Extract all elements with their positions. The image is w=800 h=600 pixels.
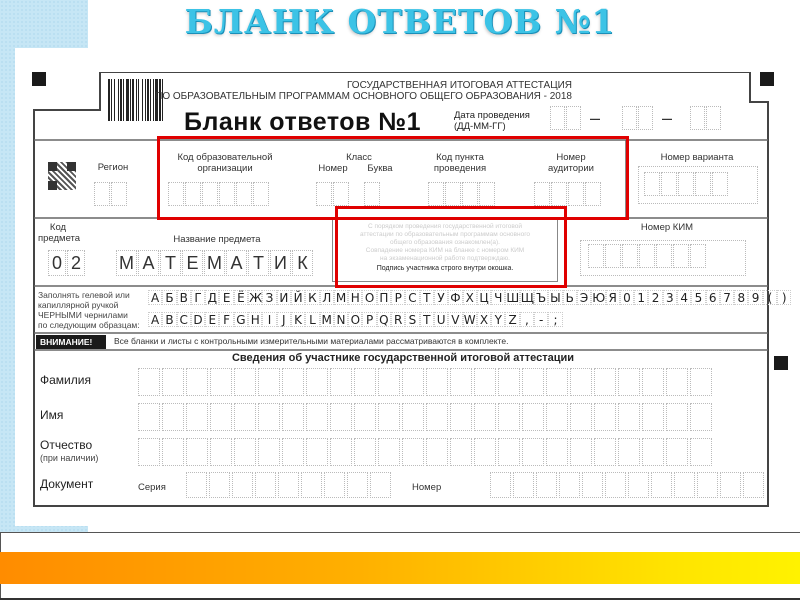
sample-char: C — [177, 312, 191, 327]
sample-char: W — [463, 312, 477, 327]
sample-char: E — [205, 312, 219, 327]
patronymic-box[interactable] — [258, 438, 280, 466]
name-box[interactable] — [642, 403, 664, 431]
room-box[interactable] — [585, 182, 601, 206]
sample-char: I — [262, 312, 276, 327]
surname-box[interactable] — [426, 368, 448, 396]
sample-char: С — [405, 290, 419, 305]
variant-box[interactable] — [678, 172, 694, 196]
org-code-box[interactable] — [185, 182, 201, 206]
date-separator: – — [662, 108, 672, 129]
sample-char: , — [520, 312, 534, 327]
series-box[interactable] — [347, 472, 368, 498]
sample-char: M — [320, 312, 334, 327]
region-box[interactable] — [111, 182, 127, 206]
date-digit-box[interactable] — [706, 106, 721, 130]
document-label: Документ — [40, 477, 93, 491]
sample-char: К — [305, 290, 319, 305]
patronymic-box[interactable] — [186, 438, 208, 466]
participant-section-title: Сведения об участнике государственной ит… — [32, 352, 774, 364]
sample-char: А — [148, 290, 162, 305]
kim-label: Номер КИМ — [612, 222, 722, 233]
patronymic-box[interactable] — [690, 438, 712, 466]
instruction-line: Заполнять гелевой или — [38, 290, 148, 300]
sample-char: 6 — [706, 290, 720, 305]
class-number-box[interactable] — [333, 182, 349, 206]
kim-box[interactable] — [673, 244, 689, 268]
sample-char: Ц — [477, 290, 491, 305]
name-box[interactable] — [354, 403, 376, 431]
surname-box[interactable] — [354, 368, 376, 396]
name-box[interactable] — [666, 403, 688, 431]
name-box[interactable] — [282, 403, 304, 431]
form-header-line2: ПО ОБРАЗОВАТЕЛЬНЫМ ПРОГРАММАМ ОСНОВНОГО … — [152, 91, 572, 102]
sample-latin-characters: ABCDEFGHIJKLMNOPQRSTUVWXYZ,-; — [148, 312, 563, 327]
surname-box[interactable] — [138, 368, 160, 396]
sample-char: 8 — [734, 290, 748, 305]
kim-box[interactable] — [639, 244, 655, 268]
sample-char: Ё — [234, 290, 248, 305]
sample-char: R — [391, 312, 405, 327]
series-box[interactable] — [232, 472, 253, 498]
sample-char: Ы — [548, 290, 562, 305]
sample-char: Й — [291, 290, 305, 305]
sample-char: Х — [463, 290, 477, 305]
fill-instructions: Заполнять гелевой иликапиллярной ручкойЧ… — [38, 290, 148, 330]
date-digit-box[interactable] — [550, 106, 565, 130]
surname-box[interactable] — [522, 368, 544, 396]
sample-char: Б — [162, 290, 176, 305]
sample-char: Ж — [248, 290, 262, 305]
name-box[interactable] — [426, 403, 448, 431]
sample-char: 1 — [634, 290, 648, 305]
sample-char: И — [277, 290, 291, 305]
patronymic-box[interactable] — [594, 438, 616, 466]
sample-char: A — [148, 312, 162, 327]
patronymic-box[interactable] — [474, 438, 496, 466]
patronymic-box[interactable] — [330, 438, 352, 466]
variant-label: Номер варианта — [642, 152, 752, 163]
region-box[interactable] — [94, 182, 110, 206]
patronymic-box[interactable] — [450, 438, 472, 466]
instruction-line: ЧЕРНЫМИ чернилами — [38, 310, 148, 320]
series-box[interactable] — [324, 472, 345, 498]
name-box[interactable] — [522, 403, 544, 431]
attention-badge: ВНИМАНИЕ! — [36, 335, 106, 349]
instruction-line: капиллярной ручкой — [38, 300, 148, 310]
doc-number-box[interactable] — [536, 472, 557, 498]
qr-code — [48, 162, 76, 190]
sample-char: Л — [320, 290, 334, 305]
sample-char: Ш — [505, 290, 519, 305]
sample-char: Н — [348, 290, 362, 305]
patronymic-box[interactable] — [306, 438, 328, 466]
name-box[interactable] — [474, 403, 496, 431]
sample-char: 9 — [748, 290, 762, 305]
sample-char: Z — [505, 312, 519, 327]
name-box[interactable] — [210, 403, 232, 431]
surname-box[interactable] — [378, 368, 400, 396]
doc-number-box[interactable] — [513, 472, 534, 498]
patronymic-box[interactable] — [282, 438, 304, 466]
surname-box[interactable] — [570, 368, 592, 396]
patronymic-box[interactable] — [426, 438, 448, 466]
subject-code-cell[interactable]: 2 — [67, 250, 85, 276]
sample-char: U — [434, 312, 448, 327]
slide: БЛАНК ОТВЕТОВ №1 ГОСУДАРСТВЕННАЯ ИТОГОВА… — [0, 0, 800, 600]
series-box[interactable] — [301, 472, 322, 498]
surname-box[interactable] — [258, 368, 280, 396]
exam-point-box[interactable] — [462, 182, 478, 206]
room-box[interactable] — [551, 182, 567, 206]
name-box[interactable] — [570, 403, 592, 431]
sample-char: H — [248, 312, 262, 327]
name-box[interactable] — [162, 403, 184, 431]
patronymic-box[interactable] — [522, 438, 544, 466]
patronymic-box[interactable] — [642, 438, 664, 466]
doc-number-box[interactable] — [559, 472, 580, 498]
region-label: Регион — [88, 162, 138, 173]
sample-char: - — [534, 312, 548, 327]
surname-box[interactable] — [210, 368, 232, 396]
date-digit-box[interactable] — [622, 106, 637, 130]
sample-char: X — [477, 312, 491, 327]
series-box[interactable] — [186, 472, 207, 498]
series-box[interactable] — [209, 472, 230, 498]
sample-char: Ь — [563, 290, 577, 305]
sample-char: 5 — [691, 290, 705, 305]
sample-char: В — [177, 290, 191, 305]
name-box[interactable] — [546, 403, 568, 431]
subject-name-cell[interactable]: А — [226, 250, 247, 276]
surname-box[interactable] — [594, 368, 616, 396]
sample-char: Ф — [448, 290, 462, 305]
date-label-line1: Дата проведения — [454, 110, 530, 121]
subject-name-cell[interactable]: А — [138, 250, 159, 276]
surname-box[interactable] — [450, 368, 472, 396]
sample-char: Я — [606, 290, 620, 305]
sample-char: М — [334, 290, 348, 305]
name-box[interactable] — [138, 403, 160, 431]
sample-char: Ъ — [534, 290, 548, 305]
subject-name-cell[interactable]: М — [204, 250, 225, 276]
series-box[interactable] — [255, 472, 276, 498]
sample-char: L — [305, 312, 319, 327]
doc-number-box[interactable] — [697, 472, 718, 498]
name-box[interactable] — [186, 403, 208, 431]
name-box[interactable] — [498, 403, 520, 431]
surname-box[interactable] — [666, 368, 688, 396]
date-digit-box[interactable] — [638, 106, 653, 130]
name-box[interactable] — [234, 403, 256, 431]
form-title: Бланк ответов №1 — [184, 108, 421, 137]
sample-char: Г — [191, 290, 205, 305]
class-number-box[interactable] — [316, 182, 332, 206]
doc-number-box[interactable] — [674, 472, 695, 498]
name-label: Имя — [40, 408, 63, 422]
name-box[interactable] — [618, 403, 640, 431]
variant-box[interactable] — [695, 172, 711, 196]
doc-number-box[interactable] — [743, 472, 764, 498]
name-box[interactable] — [594, 403, 616, 431]
patronymic-box[interactable] — [210, 438, 232, 466]
sample-char: F — [219, 312, 233, 327]
doc-number-box[interactable] — [605, 472, 626, 498]
org-code-box[interactable] — [253, 182, 269, 206]
subject-code-cell[interactable]: 0 — [48, 250, 66, 276]
surname-box[interactable] — [690, 368, 712, 396]
surname-box[interactable] — [618, 368, 640, 396]
sample-char: N — [334, 312, 348, 327]
doc-number-box[interactable] — [582, 472, 603, 498]
subject-name-cell[interactable]: Т — [160, 250, 181, 276]
subject-name-cell[interactable]: Т — [248, 250, 269, 276]
patronymic-box[interactable] — [546, 438, 568, 466]
instruction-line: по следующим образцам: — [38, 320, 148, 330]
patronymic-box[interactable] — [402, 438, 424, 466]
surname-box[interactable] — [402, 368, 424, 396]
patronymic-box[interactable] — [138, 438, 160, 466]
sample-char: Э — [577, 290, 591, 305]
org-code-box[interactable] — [236, 182, 252, 206]
name-box[interactable] — [330, 403, 352, 431]
patronymic-box[interactable] — [618, 438, 640, 466]
attention-text: Все бланки и листы с контрольными измери… — [114, 336, 508, 346]
surname-box[interactable] — [306, 368, 328, 396]
name-box[interactable] — [306, 403, 328, 431]
kim-box[interactable] — [588, 244, 604, 268]
sample-char: О — [362, 290, 376, 305]
surname-box[interactable] — [282, 368, 304, 396]
subject-code-label-line1: Код — [38, 222, 78, 233]
sample-char: Y — [491, 312, 505, 327]
date-digit-box[interactable] — [566, 106, 581, 130]
doc-number-box[interactable] — [490, 472, 511, 498]
subject-name-cell[interactable]: И — [270, 250, 291, 276]
patronymic-box[interactable] — [234, 438, 256, 466]
name-box[interactable] — [378, 403, 400, 431]
orange-gradient-bar — [0, 552, 800, 584]
surname-box[interactable] — [642, 368, 664, 396]
subject-name-label: Название предмета — [142, 234, 292, 245]
sample-char: 4 — [677, 290, 691, 305]
sample-char: Т — [420, 290, 434, 305]
patronymic-box[interactable] — [162, 438, 184, 466]
sample-cyrillic-characters: АБВГДЕЁЖЗИЙКЛМНОПРСТУФХЦЧШЩЪЫЬЭЮЯ0123456… — [148, 290, 791, 305]
sample-char: 3 — [663, 290, 677, 305]
sample-char: Щ — [520, 290, 534, 305]
sample-char: V — [448, 312, 462, 327]
sample-char: 2 — [648, 290, 662, 305]
sample-char: Ю — [591, 290, 605, 305]
sample-char: Р — [391, 290, 405, 305]
corner-marker-right — [774, 356, 788, 370]
subject-name-cell[interactable]: К — [292, 250, 313, 276]
sample-char: Е — [219, 290, 233, 305]
number-label: Номер — [412, 482, 452, 493]
kim-box[interactable] — [622, 244, 638, 268]
exam-point-box[interactable] — [479, 182, 495, 206]
form-header-line1: ГОСУДАРСТВЕННАЯ ИТОГОВАЯ АТТЕСТАЦИЯ — [192, 80, 572, 91]
patronymic-sub-label: (при наличии) — [40, 453, 98, 463]
name-box[interactable] — [258, 403, 280, 431]
sample-char: У — [434, 290, 448, 305]
surname-box[interactable] — [474, 368, 496, 396]
subject-code-label: Код предмета — [38, 222, 78, 244]
sample-char: Q — [377, 312, 391, 327]
doc-number-box[interactable] — [651, 472, 672, 498]
patronymic-box[interactable] — [498, 438, 520, 466]
variant-box[interactable] — [661, 172, 677, 196]
sample-char: З — [262, 290, 276, 305]
date-label: Дата проведения (ДД-ММ-ГГ) — [454, 110, 530, 132]
sample-char: Д — [205, 290, 219, 305]
name-box[interactable] — [450, 403, 472, 431]
surname-box[interactable] — [234, 368, 256, 396]
doc-number-box[interactable] — [628, 472, 649, 498]
sample-char: P — [362, 312, 376, 327]
surname-box[interactable] — [186, 368, 208, 396]
subject-name-cell[interactable]: М — [116, 250, 137, 276]
patronymic-box[interactable] — [378, 438, 400, 466]
sample-char: G — [234, 312, 248, 327]
surname-box[interactable] — [546, 368, 568, 396]
series-label: Серия — [138, 482, 178, 493]
sample-char: ; — [548, 312, 562, 327]
room-box[interactable] — [568, 182, 584, 206]
sample-char: ) — [777, 290, 791, 305]
highlight-box-signature — [335, 206, 567, 288]
slide-title: БЛАНК ОТВЕТОВ №1 — [0, 2, 800, 41]
date-digit-box[interactable] — [690, 106, 705, 130]
org-code-box[interactable] — [168, 182, 184, 206]
org-code-box[interactable] — [219, 182, 235, 206]
subject-name-cell[interactable]: Е — [182, 250, 203, 276]
surname-label: Фамилия — [40, 373, 91, 387]
sample-char: J — [277, 312, 291, 327]
name-box[interactable] — [690, 403, 712, 431]
exam-point-box[interactable] — [428, 182, 444, 206]
sample-char: Ч — [491, 290, 505, 305]
sample-char: S — [405, 312, 419, 327]
surname-box[interactable] — [330, 368, 352, 396]
patronymic-box[interactable] — [570, 438, 592, 466]
sample-char: D — [191, 312, 205, 327]
patronymic-box[interactable] — [354, 438, 376, 466]
sample-char: 7 — [720, 290, 734, 305]
sample-char: ( — [763, 290, 777, 305]
series-box[interactable] — [278, 472, 299, 498]
surname-box[interactable] — [162, 368, 184, 396]
kim-box[interactable] — [656, 244, 672, 268]
sample-char: B — [162, 312, 176, 327]
corner-marker-top-right — [760, 72, 774, 86]
corner-marker-top-left — [32, 72, 46, 86]
doc-number-box[interactable] — [720, 472, 741, 498]
kim-box[interactable] — [690, 244, 706, 268]
sample-char: 0 — [620, 290, 634, 305]
name-box[interactable] — [402, 403, 424, 431]
variant-box[interactable] — [712, 172, 728, 196]
org-code-box[interactable] — [202, 182, 218, 206]
sample-char: П — [377, 290, 391, 305]
patronymic-box[interactable] — [666, 438, 688, 466]
series-box[interactable] — [370, 472, 391, 498]
date-separator: – — [590, 108, 600, 129]
sample-char: K — [291, 312, 305, 327]
date-label-line2: (ДД-ММ-ГГ) — [454, 121, 530, 132]
variant-box[interactable] — [644, 172, 660, 196]
sample-char: O — [348, 312, 362, 327]
class-letter-box[interactable] — [364, 182, 380, 206]
exam-point-box[interactable] — [445, 182, 461, 206]
answer-form-image: ГОСУДАРСТВЕННАЯ ИТОГОВАЯ АТТЕСТАЦИЯ ПО О… — [32, 72, 774, 508]
room-box[interactable] — [534, 182, 550, 206]
subject-code-label-line2: предмета — [38, 233, 78, 244]
kim-box[interactable] — [605, 244, 621, 268]
sample-char: T — [420, 312, 434, 327]
patronymic-label: Отчество — [40, 438, 92, 452]
surname-box[interactable] — [498, 368, 520, 396]
